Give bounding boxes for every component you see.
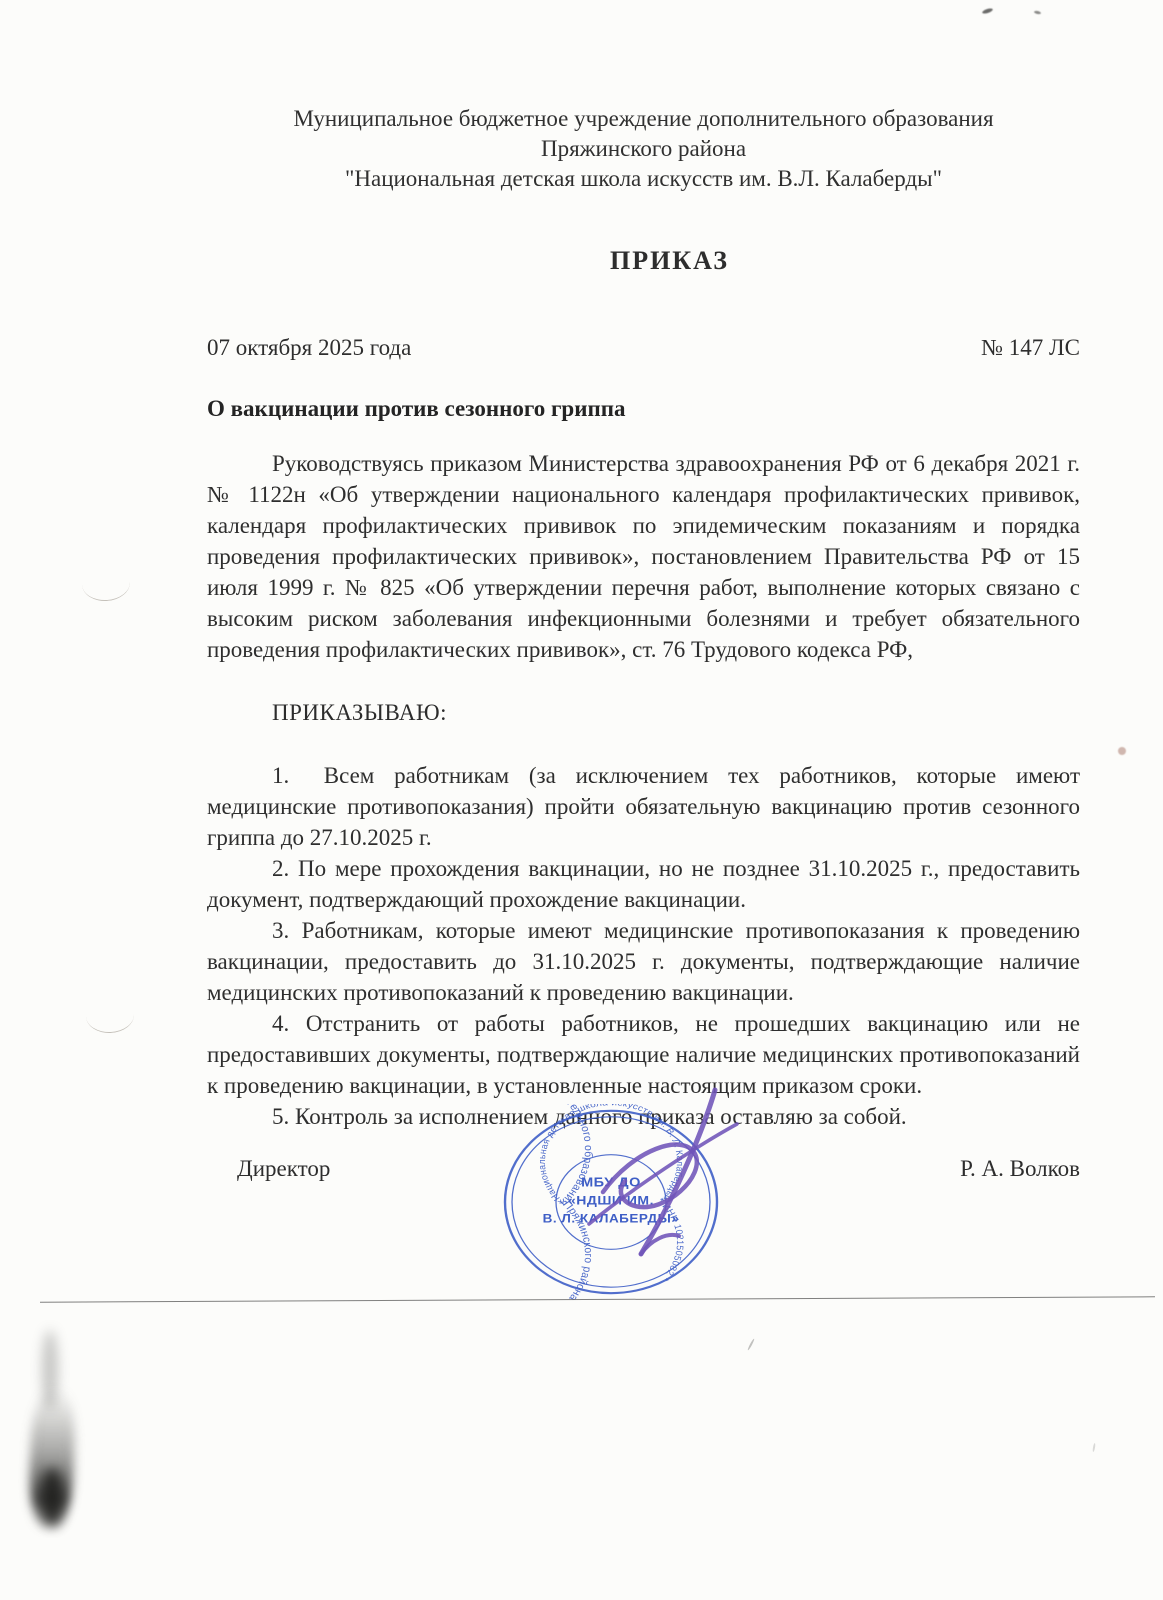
document-page: Муниципальное бюджетное учреждение допол… — [0, 0, 1163, 1600]
scan-speck — [982, 7, 994, 14]
org-name-line-1: Муниципальное бюджетное учреждение допол… — [207, 104, 1080, 134]
org-name-line-2: Пряжинского района — [207, 134, 1080, 164]
order-number: № 147 ЛС — [981, 335, 1080, 361]
order-item-3: 3. Работникам, которые имеют медицинские… — [207, 915, 1080, 1008]
org-name-line-3: "Национальная детская школа искусств им.… — [207, 164, 1080, 194]
scan-speck — [1092, 1443, 1096, 1452]
scan-speck — [747, 1338, 755, 1350]
signer-role: Директор — [207, 1156, 330, 1182]
signer-name: Р. А. Волков — [960, 1156, 1080, 1182]
order-item-1: 1. Всем работникам (за исключением тех р… — [207, 760, 1080, 853]
scan-smudge — [40, 1468, 64, 1526]
resolution-word: ПРИКАЗЫВАЮ: — [207, 700, 1145, 726]
order-subject: О вакцинации против сезонного гриппа — [207, 396, 1080, 422]
meta-row: 07 октября 2025 года № 147 ЛС — [207, 335, 1080, 361]
signature-scribble — [575, 1072, 785, 1282]
margin-pencil-arc — [81, 564, 131, 602]
scan-speck — [1118, 747, 1126, 755]
margin-pencil-arc — [85, 997, 135, 1034]
scan-speck — [1034, 10, 1041, 14]
order-title: ПРИКАЗ — [207, 246, 1106, 276]
order-preamble: Руководствуясь приказом Министерства здр… — [207, 448, 1080, 665]
doc-header: Муниципальное бюджетное учреждение допол… — [207, 104, 1080, 194]
order-date: 07 октября 2025 года — [207, 335, 411, 361]
order-item-2: 2. По мере прохождения вакцинации, но не… — [207, 853, 1080, 915]
